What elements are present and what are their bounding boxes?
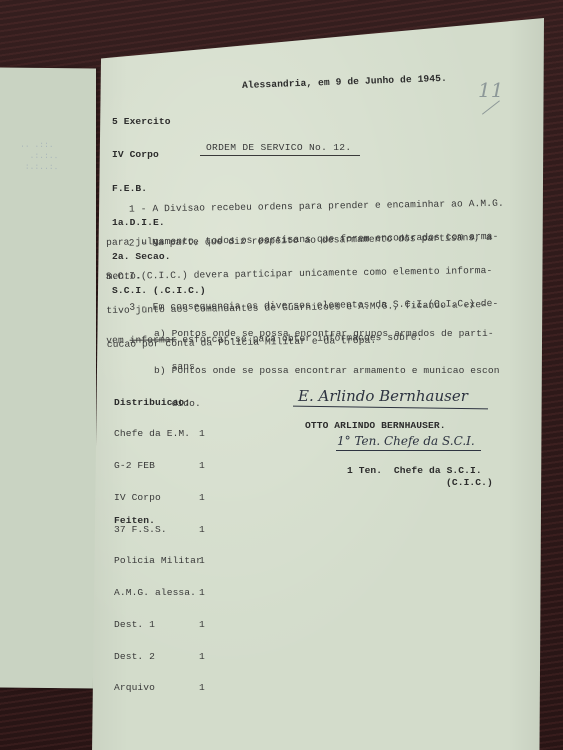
item-line: b) Pontos onde se possa encontrar armame… [154, 365, 500, 376]
pencil-annotation: 11 [478, 78, 503, 102]
copies: 1 [199, 492, 205, 503]
copies: 1 [199, 587, 205, 598]
copies: 1 [199, 460, 205, 471]
signatory-unit: (C.I.C.) [446, 477, 493, 488]
copies: 1 [199, 651, 205, 662]
distribution-row: A.M.G. alessa.1 [114, 588, 205, 599]
recipient: Dest. 2 [114, 652, 199, 663]
distribution-heading: Distribuicao: [114, 397, 190, 408]
recipient: Arquivo [114, 683, 199, 694]
distribution-row: Dest. 21 [114, 652, 205, 663]
signatory-name: OTTO ARLINDO BERNHAUSER. [305, 420, 446, 431]
recipient: A.M.G. alessa. [114, 588, 199, 599]
copies: 1 [199, 682, 205, 693]
handwritten-title-underline [336, 450, 481, 451]
distribution-list: Chefe da E.M.1 G-2 FEB1 IV Corpo1 37 F.S… [114, 408, 205, 705]
copies: 1 [199, 619, 205, 630]
recipient: Policia Militar [114, 556, 199, 567]
header-line: 5 Exercito [112, 116, 206, 127]
distribution-row: G-2 FEB1 [114, 461, 205, 472]
bleed-through-text: .::. .. ..:.:. .:..:.: [20, 140, 63, 173]
handwritten-signature: E. Arlindo Bernhauser [298, 387, 468, 405]
text-fragment: vem [106, 335, 130, 346]
item-b: b) Pontos onde se possa encontrar armame… [154, 342, 500, 421]
signatory-rank: 1 Ten. Chefe da S.C.I. [347, 465, 482, 476]
recipient: Dest. 1 [114, 620, 199, 631]
handwritten-title: 1° Ten. Chefe da S.C.I. [337, 434, 475, 448]
header-line: IV Corpo [112, 149, 206, 160]
distribution-row: Policia Militar1 [114, 556, 205, 567]
distribution-row: Chefe da E.M.1 [114, 429, 205, 440]
copies: 1 [199, 428, 205, 439]
paragraph-line: 2 - Na parte que diz respeito ao desarma… [105, 232, 492, 249]
recipient: Chefe da E.M. [114, 429, 199, 440]
typist-initials: Feiten. [114, 515, 155, 526]
item-line: a) Pontos onde se possa encontrar grupos… [154, 328, 494, 339]
document-title: ORDEM DE SERVICO No. 12. [206, 142, 351, 153]
title-underline [200, 155, 360, 156]
distribution-row: Arquivo1 [114, 683, 205, 694]
distribution-row: IV Corpo1 [114, 493, 205, 504]
copies: 1 [199, 555, 205, 566]
distribution-row: Dest. 11 [114, 620, 205, 631]
recipient: G-2 FEB [114, 461, 199, 472]
copies: 1 [199, 524, 205, 535]
underlying-sheet: .::. .. ..:.:. .:..:.: [0, 67, 96, 688]
recipient: IV Corpo [114, 493, 199, 504]
